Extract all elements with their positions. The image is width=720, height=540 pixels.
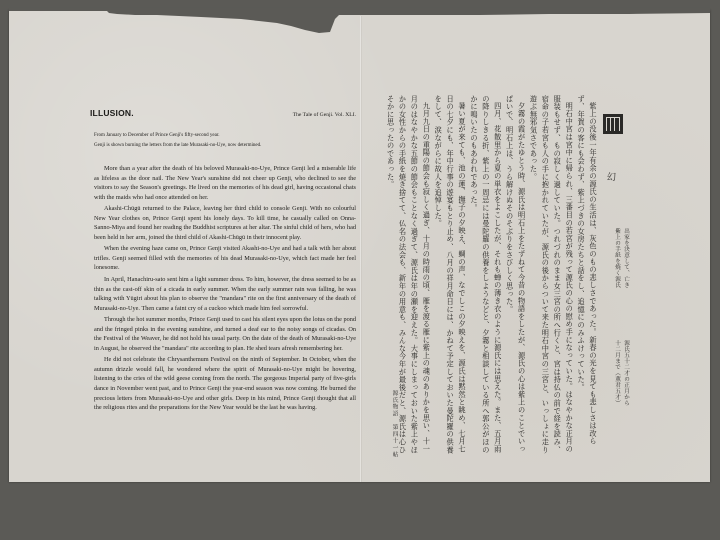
paragraph-jp: 暑い夏が来ても、池の蓮、撫子の夕映え、蜩の声、なでしこの夕映えを、源氏は黙然と眺… (432, 95, 468, 455)
paragraph: Akashi-Chūgū returned to the Palace, lea… (94, 204, 356, 242)
series-volume: The Tale of Genji. Vol. XLI. (293, 112, 356, 118)
age-note-jp: 源氏五十二才の正月から 十二月まで（薫君五才） (612, 340, 630, 406)
subtitle-line: Genji is shown burning the letters from … (94, 141, 356, 151)
japanese-body: 紫上の没後一年有余の源氏の生活は、灰色のもの悲しさであった。新春の光を見ても悲し… (381, 95, 599, 455)
chapter-subtitle: From January to December of Prince Genji… (94, 131, 356, 151)
paragraph: When the evening haze came on, Prince Ge… (94, 244, 356, 273)
subtitle-line: From January to December of Prince Genji… (94, 131, 356, 141)
paragraph-jp: 四月、花散里から夏の単衣をよこしたが、それも蝉の薄き衣のように源氏には思えた。ま… (468, 95, 504, 455)
paragraph-jp: 明石中宮は宮中に帰られ、三番目の若宮が残って源氏の心の慰め手になっていた。はなや… (528, 95, 576, 455)
age-line: 源氏五十二才の正月から (621, 340, 630, 406)
paragraph-jp: 夕霧の霞がたゆとう時、源氏は明石上をたずねて今昔の物語をしたが、源氏の心は紫上の… (504, 95, 528, 455)
page-fold (360, 16, 361, 482)
paragraph-jp: 紫上の没後一年有余の源氏の生活は、灰色のもの悲しさであった。新春の光を見ても悲し… (575, 95, 599, 455)
chapter-summary-jp: 出家を決意して、亡き 紫上の手紙を焼く源氏 (612, 228, 630, 288)
paragraph: He did not celebrate the Chrysanthemum F… (94, 355, 356, 412)
chapter-title-en: ILLUSION. (90, 108, 134, 118)
chapter-41-mark-icon (603, 114, 623, 134)
paragraph: More than a year after the death of his … (94, 164, 356, 202)
age-line: 十二月まで（薫君五才） (612, 340, 621, 406)
paragraph: Through the hot summer months, Prince Ge… (94, 315, 356, 353)
summary-line: 紫上の手紙を焼く源氏 (612, 228, 621, 288)
paragraph: In April, Hanachiru-sato sent him a ligh… (94, 275, 356, 313)
summary-line: 出家を決意して、亡き (621, 228, 630, 288)
english-page: ILLUSION. The Tale of Genji. Vol. XLI. F… (94, 108, 356, 415)
english-header: ILLUSION. The Tale of Genji. Vol. XLI. (94, 108, 356, 122)
english-body: More than a year after the death of his … (94, 164, 356, 413)
footer-jp: 源氏物語 第四十一帖 (390, 390, 399, 458)
chapter-title-jp: 幻 (607, 170, 616, 183)
